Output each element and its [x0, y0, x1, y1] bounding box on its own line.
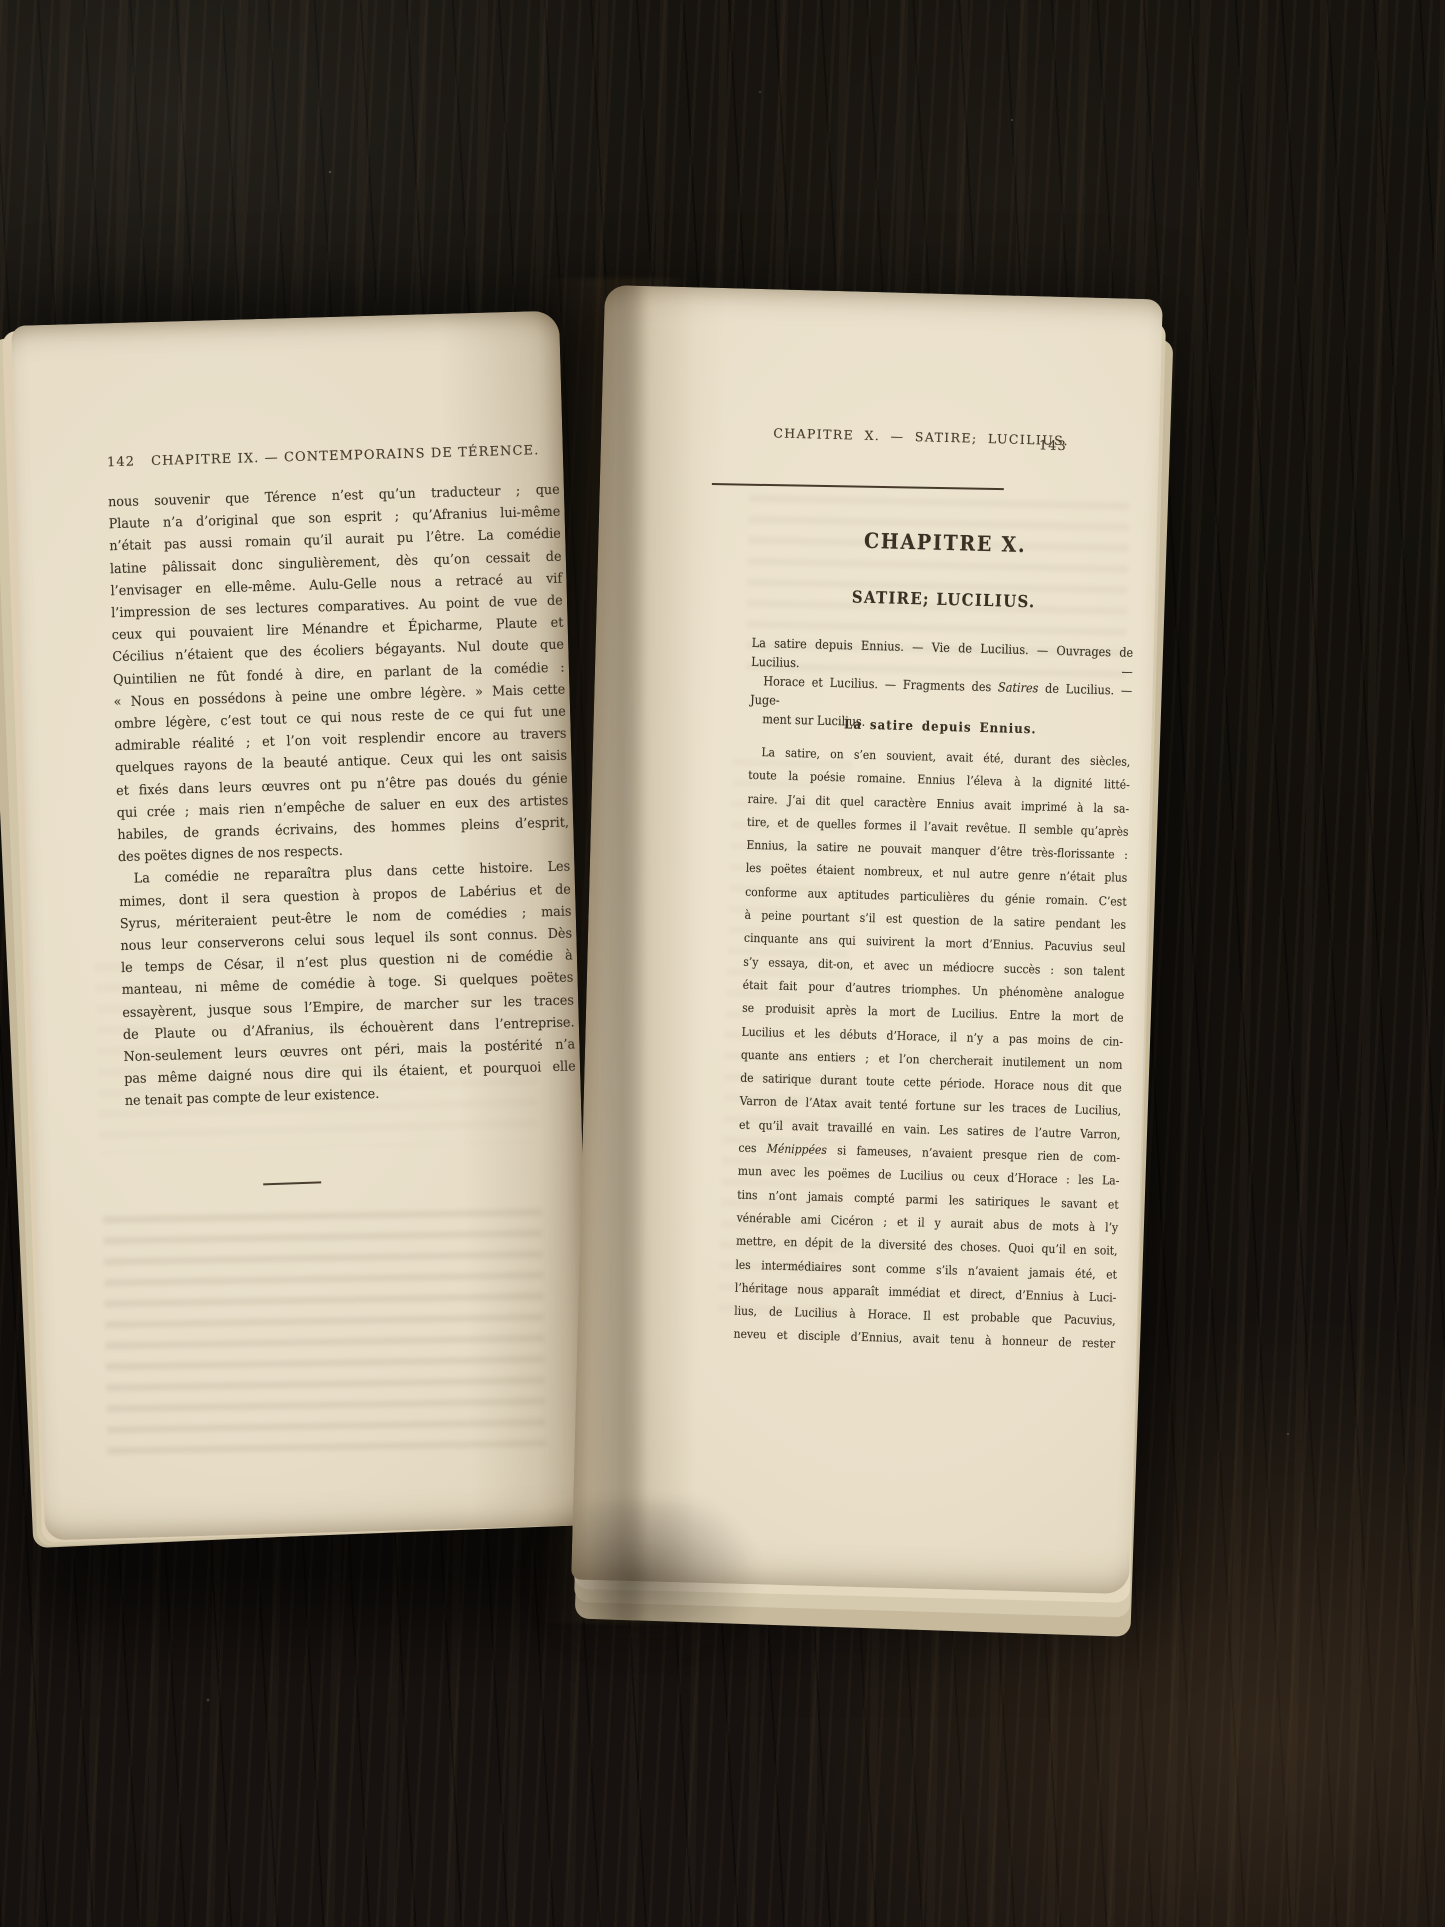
- left-body-text: nous souvenir que Térence n’est qu’un tr…: [108, 479, 577, 1113]
- right-folio: 143: [1039, 438, 1067, 454]
- left-running-head: 142 CHAPITRE IX. — CONTEMPORAINS DE TÉRE…: [107, 443, 559, 471]
- showthrough-ghost-text: [103, 1209, 545, 1457]
- chapter-heading: CHAPITRE X.: [754, 525, 1136, 560]
- paragraph: nous souvenir que Térence n’est qu’un tr…: [108, 479, 570, 869]
- left-running-head-text: CHAPITRE IX. — CONTEMPORAINS DE TÉRENCE.: [151, 443, 540, 469]
- book-photo-scene: 142 CHAPITRE IX. — CONTEMPORAINS DE TÉRE…: [0, 0, 1445, 1927]
- right-body-text: La satire, on s’en souvient, avait été, …: [733, 741, 1130, 1357]
- open-book: 142 CHAPITRE IX. — CONTEMPORAINS DE TÉRE…: [0, 0, 1445, 1927]
- chapter-subtitle: SATIRE; LUCILIUS.: [753, 585, 1135, 614]
- section-divider-rule: [263, 1181, 321, 1185]
- right-text-column: CHAPITRE X. SATIRE; LUCILIUS. La satire …: [761, 289, 1142, 299]
- left-page: 142 CHAPITRE IX. — CONTEMPORAINS DE TÉRE…: [11, 311, 593, 1541]
- paragraph: La comédie ne reparaîtra plus dans cette…: [118, 856, 576, 1113]
- left-folio: 142: [107, 454, 136, 470]
- right-page: CHAPITRE X. — SATIRE; LUCILIUS. 143 CHAP…: [571, 285, 1163, 1594]
- header-rule: [712, 483, 1004, 490]
